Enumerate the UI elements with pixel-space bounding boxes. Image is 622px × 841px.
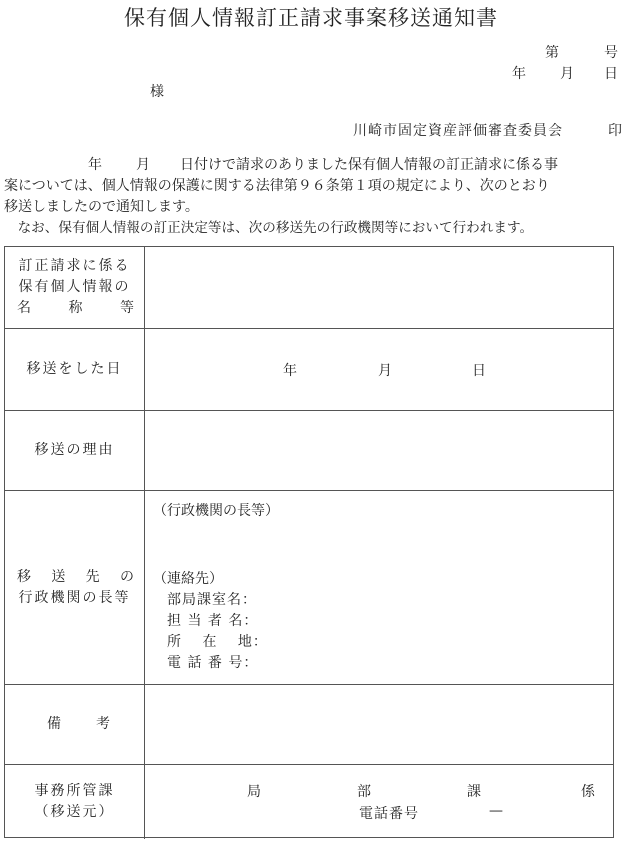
addressee-suffix: 様 — [150, 81, 164, 101]
value-remarks[interactable] — [145, 685, 613, 764]
value-office[interactable]: 局 部 課 係 電話番号 — — [145, 765, 613, 839]
body-month: 月 — [136, 157, 150, 173]
label-char: 備 — [47, 714, 61, 735]
notice-table: 訂正請求に係る 保有個人情報の 名 称 等 移送をした日 年 月 日 移送の理由 — [4, 246, 614, 838]
office-phone-separator: — — [489, 803, 503, 819]
seal-mark: 印 — [608, 120, 622, 140]
label-remarks: 備 考 — [5, 685, 145, 764]
label-line: 名 称 等 — [5, 298, 144, 319]
body-year: 年 — [88, 157, 102, 173]
body-line-1-rest: 日付けで請求のありました保有個人情報の訂正請求に係る事 — [180, 157, 558, 173]
value-transfer-date[interactable]: 年 月 日 — [145, 329, 613, 410]
number-suffix: 号 — [604, 42, 618, 62]
label-destination: 移 送 先 の 行政機関の長等 — [5, 491, 145, 684]
destination-head-label: （行政機関の長等） — [153, 500, 279, 520]
office-unit: 係 — [581, 781, 595, 801]
table-row-remarks: 備 考 — [5, 685, 613, 765]
label-char: 移 — [17, 567, 31, 588]
table-row-office: 事務所管課 （移送元） 局 部 課 係 電話番号 — — [5, 765, 613, 839]
label-office: 事務所管課 （移送元） — [5, 765, 145, 839]
transfer-month: 月 — [378, 360, 392, 380]
table-row-destination: 移 送 先 の 行政機関の長等 （行政機関の長等） （連絡先） 部局課室名： 担… — [5, 491, 613, 685]
label-line: 備 考 — [5, 714, 144, 735]
transfer-day: 日 — [472, 360, 486, 380]
number-prefix: 第 — [545, 42, 559, 62]
issuer-name: 川崎市固定資産評価審査委員会 — [353, 120, 563, 140]
label-char: 名 — [17, 298, 31, 319]
office-bureau: 局 — [247, 781, 261, 801]
office-department: 部 — [357, 781, 371, 801]
label-line: 保有個人情報の — [5, 277, 144, 298]
label-line: （移送元） — [5, 802, 144, 823]
label-line: 行政機関の長等 — [5, 588, 144, 609]
table-row-transfer-date: 移送をした日 年 月 日 — [5, 329, 613, 411]
body-line-1: 年月日付けで請求のありました保有個人情報の訂正請求に係る事 — [4, 155, 622, 176]
label-transfer-date: 移送をした日 — [5, 329, 145, 410]
label-reason: 移送の理由 — [5, 411, 145, 490]
destination-field-contact-person: 担 当 者 名： — [167, 610, 258, 630]
label-line: 移送をした日 — [5, 359, 144, 380]
destination-field-address: 所 在 地： — [167, 631, 268, 651]
date-day: 日 — [604, 63, 618, 83]
value-info-name[interactable] — [145, 247, 613, 328]
table-row-info-name: 訂正請求に係る 保有個人情報の 名 称 等 — [5, 247, 613, 329]
destination-contact-label: （連絡先） — [153, 568, 223, 588]
office-phone-label: 電話番号 — [359, 803, 419, 823]
transfer-year: 年 — [283, 360, 297, 380]
label-char: 等 — [120, 298, 134, 319]
destination-field-phone: 電 話 番 号： — [167, 652, 258, 672]
date-year: 年 — [512, 63, 526, 83]
label-char: の — [120, 567, 134, 588]
table-row-reason: 移送の理由 — [5, 411, 613, 491]
destination-field-department: 部局課室名： — [167, 589, 257, 609]
label-line: 訂正請求に係る — [5, 256, 144, 277]
label-line: 移 送 先 の — [5, 567, 144, 588]
label-line: 事務所管課 — [5, 781, 144, 802]
body-line-2: 案については、個人情報の保護に関する法律第９６条第１項の規定により、次のとおり — [4, 176, 622, 197]
date-month: 月 — [560, 63, 574, 83]
document-title: 保有個人情報訂正請求事案移送通知書 — [0, 2, 622, 32]
label-info-name: 訂正請求に係る 保有個人情報の 名 称 等 — [5, 247, 145, 328]
label-char: 送 — [51, 567, 65, 588]
body-line-4: なお、保有個人情報の訂正決定等は、次の移送先の行政機関等において行われます。 — [4, 218, 622, 239]
body-line-3: 移送しましたので通知します。 — [4, 197, 622, 218]
label-char: 称 — [69, 298, 83, 319]
value-reason[interactable] — [145, 411, 613, 490]
label-char: 考 — [96, 714, 110, 735]
label-line: 移送の理由 — [5, 440, 144, 461]
label-char: 先 — [86, 567, 100, 588]
value-destination[interactable]: （行政機関の長等） （連絡先） 部局課室名： 担 当 者 名： 所 在 地： 電… — [145, 491, 613, 684]
office-section: 課 — [467, 781, 481, 801]
